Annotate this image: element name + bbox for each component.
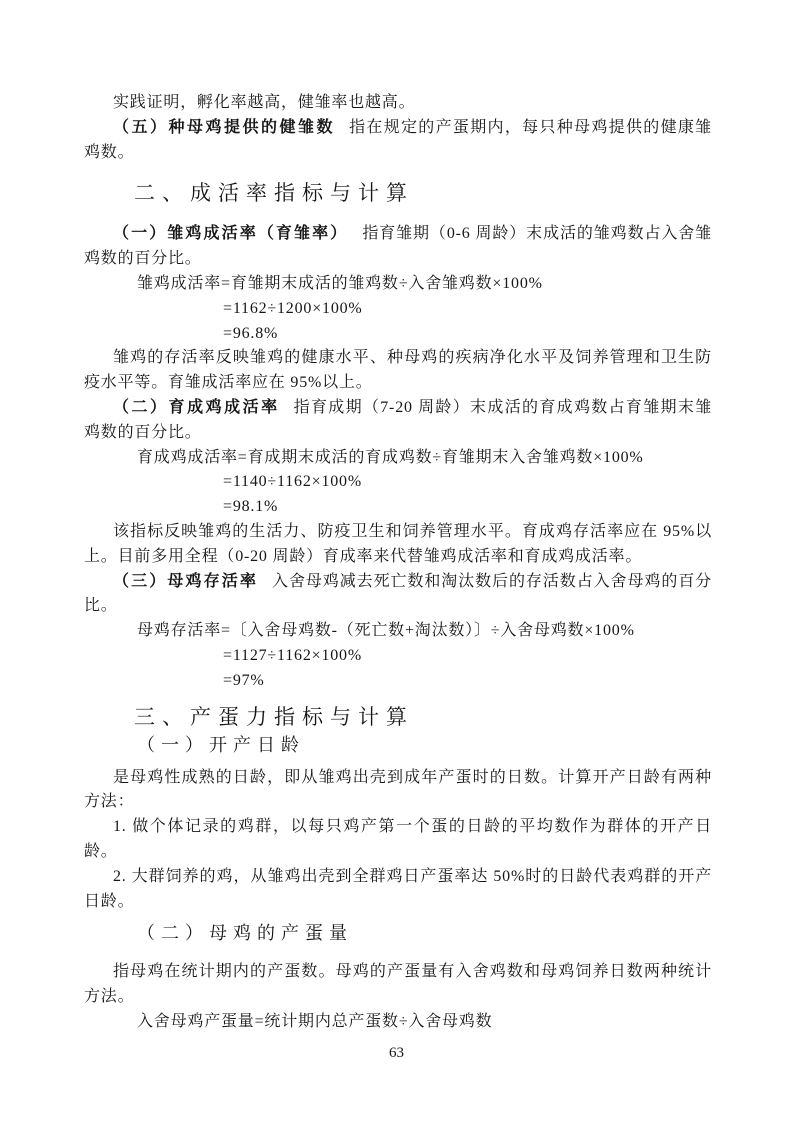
paragraph-grower-survival: （二）育成鸡成活率指育成期（7-20 周龄）末成活的育成鸡数占育雏期末雏鸡数的百…	[84, 396, 712, 446]
paragraph-item5: （五）种母鸡提供的健雏数指在规定的产蛋期内，每只种母鸡提供的健康雏鸡数。	[84, 116, 712, 166]
grower-survival-heading: （二）育成鸡成活率	[113, 399, 280, 416]
subsection-heading-first-egg-age: （一）开产日龄	[137, 732, 712, 758]
subsection-heading-egg-count: （二）母鸡的产蛋量	[137, 920, 712, 946]
hen-survival-heading: （三）母鸡存活率	[113, 573, 258, 590]
paragraph-grower-survival-note: 该指标反映雏鸡的生活力、防疫卫生和饲养管理水平。育成鸡存活率应在 95%以上。目…	[84, 520, 712, 570]
item5-heading: （五）种母鸡提供的健雏数	[113, 119, 335, 136]
paragraph-chick-survival: （一）雏鸡成活率（育雏率）指育雏期（0-6 周龄）末成活的雏鸡数占入舍雏鸡数的百…	[84, 222, 712, 272]
calc-hen-survival-1: =1127÷1162×100%	[84, 644, 712, 669]
formula-egg-count: 入舍母鸡产蛋量=统计期内总产蛋数÷入舍母鸡数	[84, 1010, 712, 1035]
section-heading-survival: 二、成活率指标与计算	[134, 178, 712, 208]
paragraph-egg-count: 指母鸡在统计期内的产蛋数。母鸡的产蛋量有入舍鸡数和母鸡饲养日数两种统计方法。	[84, 960, 712, 1010]
list-item-method-2: 2. 大群饲养的鸡，从雏鸡出壳到全群鸡日产蛋率达 50%时的日龄代表鸡群的开产日…	[84, 865, 712, 915]
paragraph-hen-survival: （三）母鸡存活率入舍母鸡减去死亡数和淘汰数后的存活数占入舍母鸡的百分比。	[84, 570, 712, 620]
paragraph-hatch-rate: 实践证明，孵化率越高，健雏率也越高。	[84, 91, 712, 116]
section-heading-egg-production: 三、产蛋力指标与计算	[134, 702, 712, 732]
calc-chick-survival-1: =1162÷1200×100%	[84, 297, 712, 322]
calc-grower-survival-2: =98.1%	[84, 495, 712, 520]
formula-hen-survival: 母鸡存活率=〔入舍母鸡数-（死亡数+淘汰数）〕÷入舍母鸡数×100%	[84, 619, 712, 644]
formula-grower-survival: 育成鸡成活率=育成期末成活的育成鸡数÷育雏期末入舍雏鸡数×100%	[84, 446, 712, 471]
calc-hen-survival-2: =97%	[84, 669, 712, 694]
calc-grower-survival-1: =1140÷1162×100%	[84, 470, 712, 495]
document-page: 实践证明，孵化率越高，健雏率也越高。 （五）种母鸡提供的健雏数指在规定的产蛋期内…	[0, 0, 793, 1122]
paragraph-first-egg-age: 是母鸡性成熟的日龄，即从雏鸡出壳到成年产蛋时的日数。计算开产日龄有两种方法：	[84, 766, 712, 816]
page-content: 实践证明，孵化率越高，健雏率也越高。 （五）种母鸡提供的健雏数指在规定的产蛋期内…	[84, 91, 712, 1035]
calc-chick-survival-2: =96.8%	[84, 322, 712, 347]
page-number: 63	[0, 1045, 793, 1062]
paragraph-chick-survival-note: 雏鸡的存活率反映雏鸡的健康水平、种母鸡的疾病净化水平及饲养管理和卫生防疫水平等。…	[84, 346, 712, 396]
chick-survival-heading: （一）雏鸡成活率（育雏率）	[113, 225, 348, 242]
list-item-method-1: 1. 做个体记录的鸡群，以每只鸡产第一个蛋的日龄的平均数作为群体的开产日龄。	[84, 815, 712, 865]
formula-chick-survival: 雏鸡成活率=育雏期末成活的雏鸡数÷入舍雏鸡数×100%	[84, 272, 712, 297]
